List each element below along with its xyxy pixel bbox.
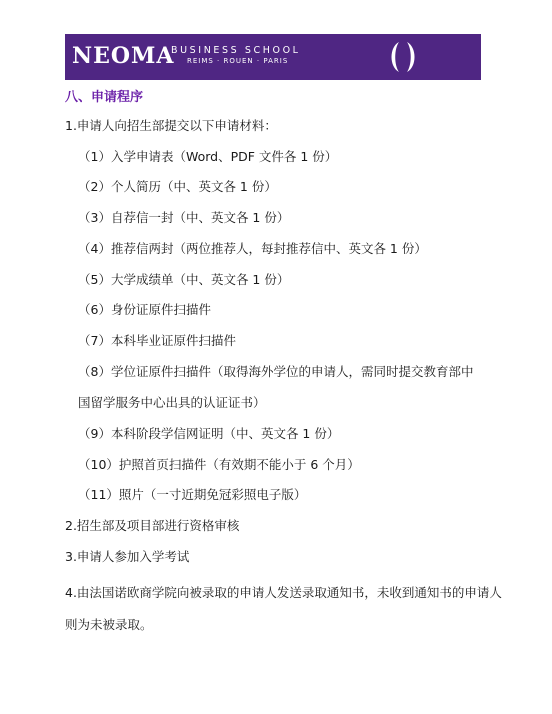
material-item: （5）大学成绩单（中、英文各 1 份）	[78, 272, 289, 288]
material-item: （11）照片（一寸近期免冠彩照电子版）	[78, 487, 306, 503]
material-item: （10）护照首页扫描件（有效期不能小于 6 个月）	[78, 457, 360, 473]
material-item: （7）本科毕业证原件扫描件	[78, 333, 236, 349]
material-item-continuation: 国留学服务中心出具的认证证书）	[78, 395, 266, 411]
step-2: 2.招生部及项目部进行资格审核	[65, 518, 239, 534]
material-item: （4）推荐信两封（两位推荐人，每封推荐信中、英文各 1 份）	[78, 241, 427, 257]
material-item: （3）自荐信一封（中、英文各 1 份）	[78, 210, 289, 226]
material-item: （6）身份证原件扫描件	[78, 302, 211, 318]
brand-campuses: REIMS · ROUEN · PARIS	[187, 57, 288, 65]
material-item: （1）入学申请表（Word、PDF 文件各 1 份）	[78, 149, 337, 165]
parentheses-logo-icon	[385, 39, 421, 75]
material-item: （2）个人简历（中、英文各 1 份）	[78, 179, 277, 195]
step-3: 3.申请人参加入学考试	[65, 549, 189, 565]
material-item: （8）学位证原件扫描件（取得海外学位的申请人，需同时提交教育部中	[78, 364, 473, 380]
brand-subtitle: BUSINESS SCHOOL	[171, 45, 301, 56]
step-1: 1.申请人向招生部提交以下申请材料：	[65, 118, 277, 134]
step-4: 4.由法国诺欧商学院向被录取的申请人发送录取通知书，未收到通知书的申请人	[65, 585, 502, 601]
section-heading: 八、申请程序	[65, 86, 143, 105]
material-item: （9）本科阶段学信网证明（中、英文各 1 份）	[78, 426, 339, 442]
brand-name: NEOMA	[72, 43, 174, 69]
step-4-continuation: 则为未被录取。	[65, 617, 153, 633]
neoma-banner: NEOMA BUSINESS SCHOOL REIMS · ROUEN · PA…	[65, 34, 481, 80]
